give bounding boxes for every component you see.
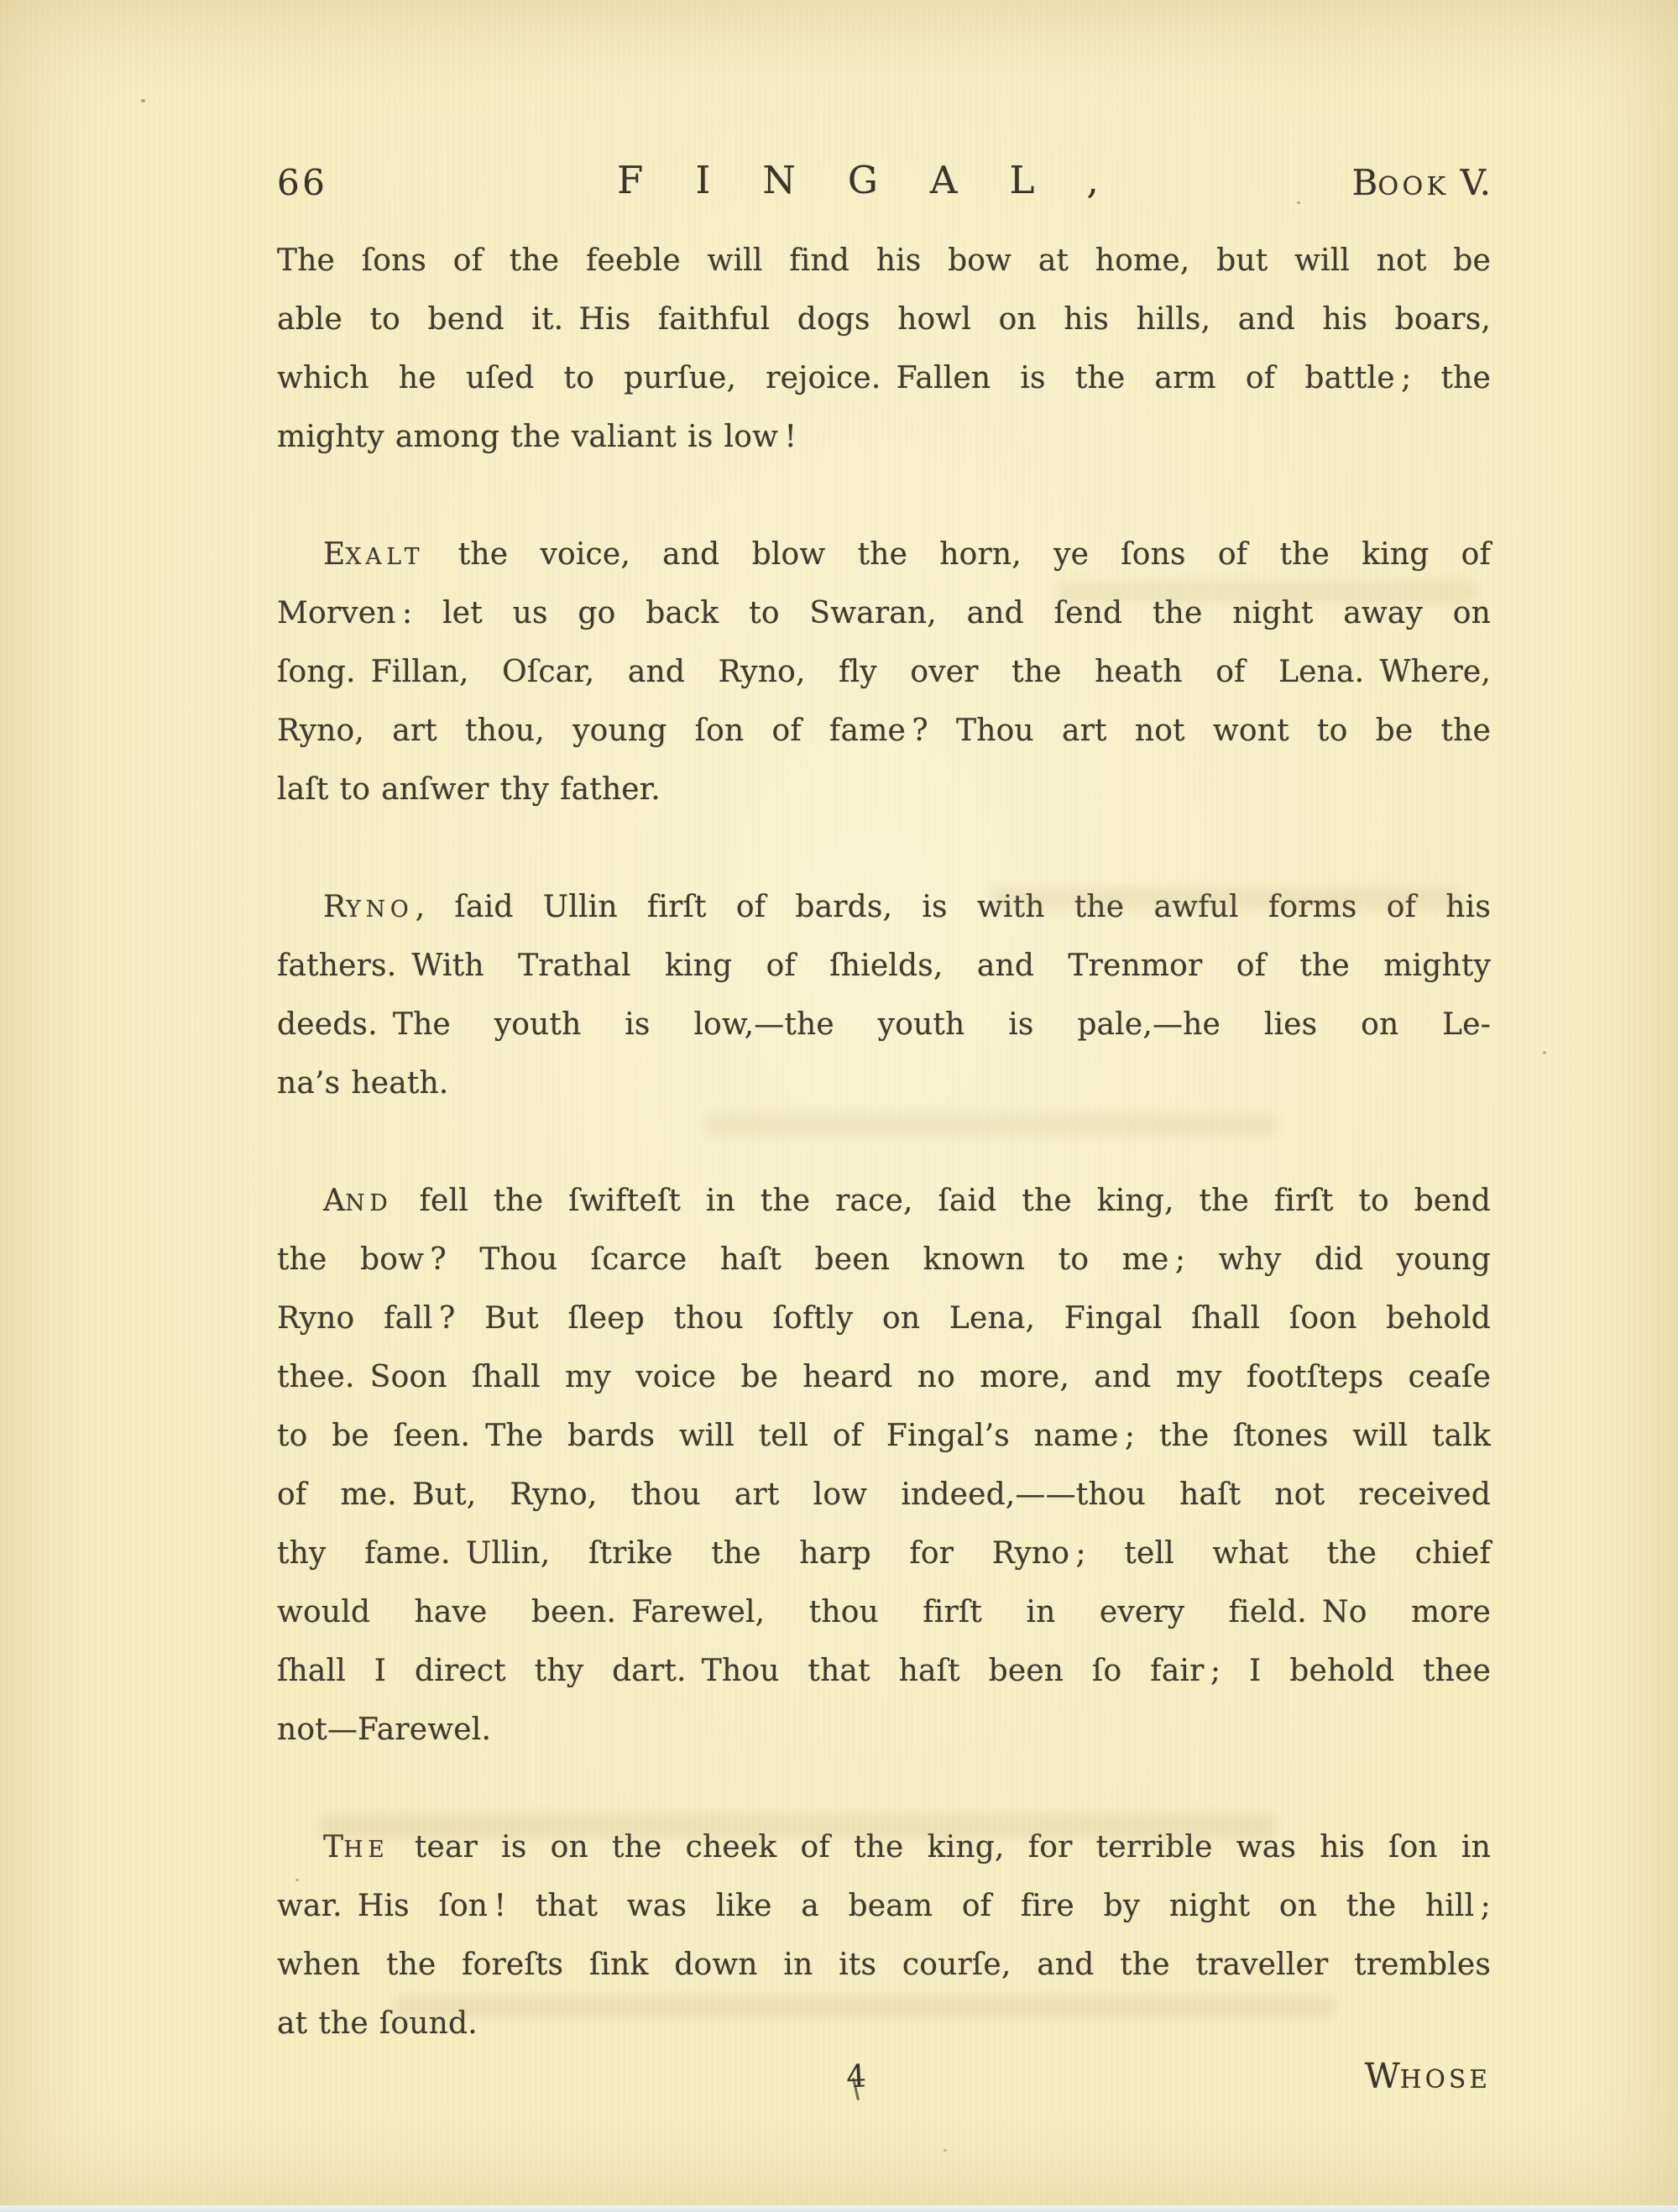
paper-speck — [295, 1879, 299, 1881]
lead-small-caps: HE — [343, 1837, 389, 1863]
text-line: laſt to anſwer thy father. — [277, 761, 1491, 819]
paper-speck — [944, 2149, 947, 2152]
text-line: Ryno, art thou, young ſon of fame ? Thou… — [277, 702, 1491, 761]
catchword-small-caps: HOSE — [1400, 2065, 1491, 2094]
lead-small-caps: ND — [345, 1190, 392, 1216]
text-line: ſhall I direct thy dart. Thou that haſt … — [277, 1642, 1491, 1701]
text-line: of me. But, Ryno, thou art low indeed,——… — [277, 1466, 1491, 1524]
ink-bleed-smudge — [319, 1813, 1276, 1838]
text-line: not—Farewel. — [277, 1701, 1491, 1760]
text-line: which he uſed to purſue, rejoice. Fallen… — [277, 349, 1491, 408]
book-label-small-caps: OOK — [1377, 172, 1449, 201]
catchword-capital: W — [1365, 2056, 1400, 2096]
paper-speck — [141, 99, 145, 102]
running-title: FINGAL, — [617, 155, 1151, 206]
text-line: na’s heath. — [277, 1054, 1491, 1113]
paragraph: RYNO, ſaid Ullin firſt of bards, is with… — [277, 878, 1491, 1113]
text-line: mighty among the valiant is low ! — [277, 408, 1491, 467]
ink-bleed-smudge — [991, 886, 1461, 910]
text-line: thee. Soon ſhall my voice be heard no mo… — [277, 1348, 1491, 1407]
ink-bleed-smudge — [705, 1113, 1276, 1137]
text-line: would have been. Farewel, thou firſt in … — [277, 1583, 1491, 1642]
text-line: to be ſeen. The bards will tell of Finga… — [277, 1407, 1491, 1466]
paper-speck — [1297, 201, 1300, 204]
text-line: able to bend it. His faithful dogs howl … — [277, 290, 1491, 349]
book-page-scan: 66 FINGAL, BOOK V. The ſons of the feebl… — [0, 0, 1678, 2212]
body-text: The ſons of the feeble will find his bow… — [277, 232, 1491, 2053]
book-label-volume: V. — [1449, 162, 1491, 203]
text-line: deeds. The youth is low,—the youth is pa… — [277, 996, 1491, 1054]
book-label: BOOK V. — [1352, 158, 1491, 212]
text-line: The ſons of the feeble will find his bow… — [277, 232, 1491, 290]
lead-capital: E — [323, 537, 345, 572]
lead-small-caps: XALT — [345, 544, 424, 570]
ink-bleed-smudge — [1058, 581, 1477, 603]
text-line: ſong. Fillan, Oſcar, and Ryno, fly over … — [277, 643, 1491, 702]
paragraph: The ſons of the feeble will find his bow… — [277, 232, 1491, 467]
text-line: war. His ſon ! that was like a beam of f… — [277, 1877, 1491, 1936]
paragraph: AND fell the ſwifteſt in the race, ſaid … — [277, 1172, 1491, 1760]
book-label-capital: B — [1352, 162, 1378, 203]
lead-capital: A — [323, 1184, 345, 1218]
scan-edge — [0, 2205, 1678, 2212]
text-line: EXALT the voice, and blow the horn, ye ſ… — [277, 526, 1491, 584]
page-header: 66 FINGAL, BOOK V. — [277, 158, 1491, 210]
text-line: when the foreſts ſink down in its courſe… — [277, 1936, 1491, 1995]
paragraph: EXALT the voice, and blow the horn, ye ſ… — [277, 526, 1491, 819]
paper-speck — [1543, 1051, 1546, 1054]
catchword: WHOSE — [1365, 2057, 1491, 2099]
text-line: thy fame. Ullin, ſtrike the harp for Ryn… — [277, 1524, 1491, 1583]
page-footer: 4 WHOSE — [277, 2055, 1491, 2115]
signature-mark: 4 — [845, 2059, 867, 2094]
text-line: AND fell the ſwifteſt in the race, ſaid … — [277, 1172, 1491, 1231]
lead-small-caps: YNO — [346, 897, 413, 923]
paragraph: THE tear is on the cheek of the king, fo… — [277, 1818, 1491, 2053]
text-line: Ryno fall ? But ſleep thou ſoftly on Len… — [277, 1289, 1491, 1348]
text-line: fathers. With Trathal king of ſhields, a… — [277, 937, 1491, 996]
page-number: 66 — [277, 158, 327, 208]
lead-capital: R — [323, 890, 346, 924]
ink-bleed-smudge — [395, 1996, 1335, 2018]
text-line: the bow ? Thou ſcarce haſt been known to… — [277, 1231, 1491, 1289]
